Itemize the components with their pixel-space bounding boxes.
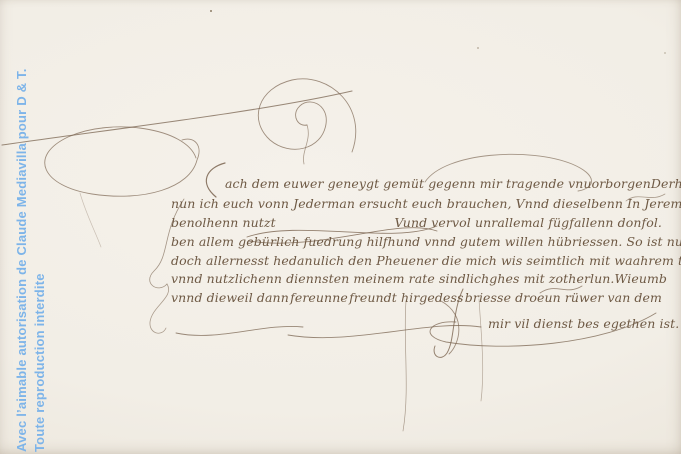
copyright-watermark: Avec l’aimable autorisation de Claude Me… (13, 4, 49, 452)
manuscript-line-3-left: benolhenn nutzt (171, 216, 276, 230)
manuscript-line-3-right: Vund vervol unrallemal fügfallenn donfol… (394, 216, 662, 230)
paper-speck (664, 52, 666, 54)
manuscript-line-7: vnnd dieweil dann fereunne freundt hirge… (171, 291, 662, 305)
manuscript-scan: Avec l’aimable autorisation de Claude Me… (0, 0, 681, 454)
manuscript-line-2: nun ich euch vonn Jederman ersucht euch … (171, 197, 681, 211)
manuscript-line-6-right: Wieumb (615, 272, 668, 286)
manuscript-line-6: vnnd nutzlichenn diennsten meinem rate s… (171, 272, 662, 286)
manuscript-line-8: mir vil dienst bes egethen ist. (488, 317, 679, 331)
manuscript-line-4: ben allem gebürlich fuedrung hilfhund vn… (171, 235, 681, 249)
manuscript-line-7-seg-2: fereunne (290, 291, 348, 305)
copyright-line-2: Toute reproduction interdite (31, 4, 49, 452)
manuscript-line-5: doch allernesst hedanulich den Pheuener … (171, 254, 681, 268)
manuscript-line-1: ach dem euwer geneygt gemüt gegenn mir t… (225, 177, 662, 191)
manuscript-line-6-left: vnnd nutzlichenn diennsten meinem rate s… (171, 272, 615, 286)
manuscript-line-3: benolhenn nutzt Vund vervol unrallemal f… (171, 216, 662, 230)
manuscript-line-7-seg-1: vnnd dieweil dann (171, 291, 289, 305)
manuscript-line-7-seg-3: freundt hirgedess (349, 291, 463, 305)
paper-speck (477, 47, 479, 49)
paper-speck (210, 10, 212, 12)
copyright-line-1: Avec l’aimable autorisation de Claude Me… (13, 4, 31, 452)
manuscript-line-1-left: ach dem euwer geneygt gemüt gegenn mir t… (225, 177, 651, 191)
manuscript-line-7-seg-4: briesse droeun rüwer van dem (465, 291, 662, 305)
manuscript-line-1-right: Derhalb: (651, 177, 681, 191)
